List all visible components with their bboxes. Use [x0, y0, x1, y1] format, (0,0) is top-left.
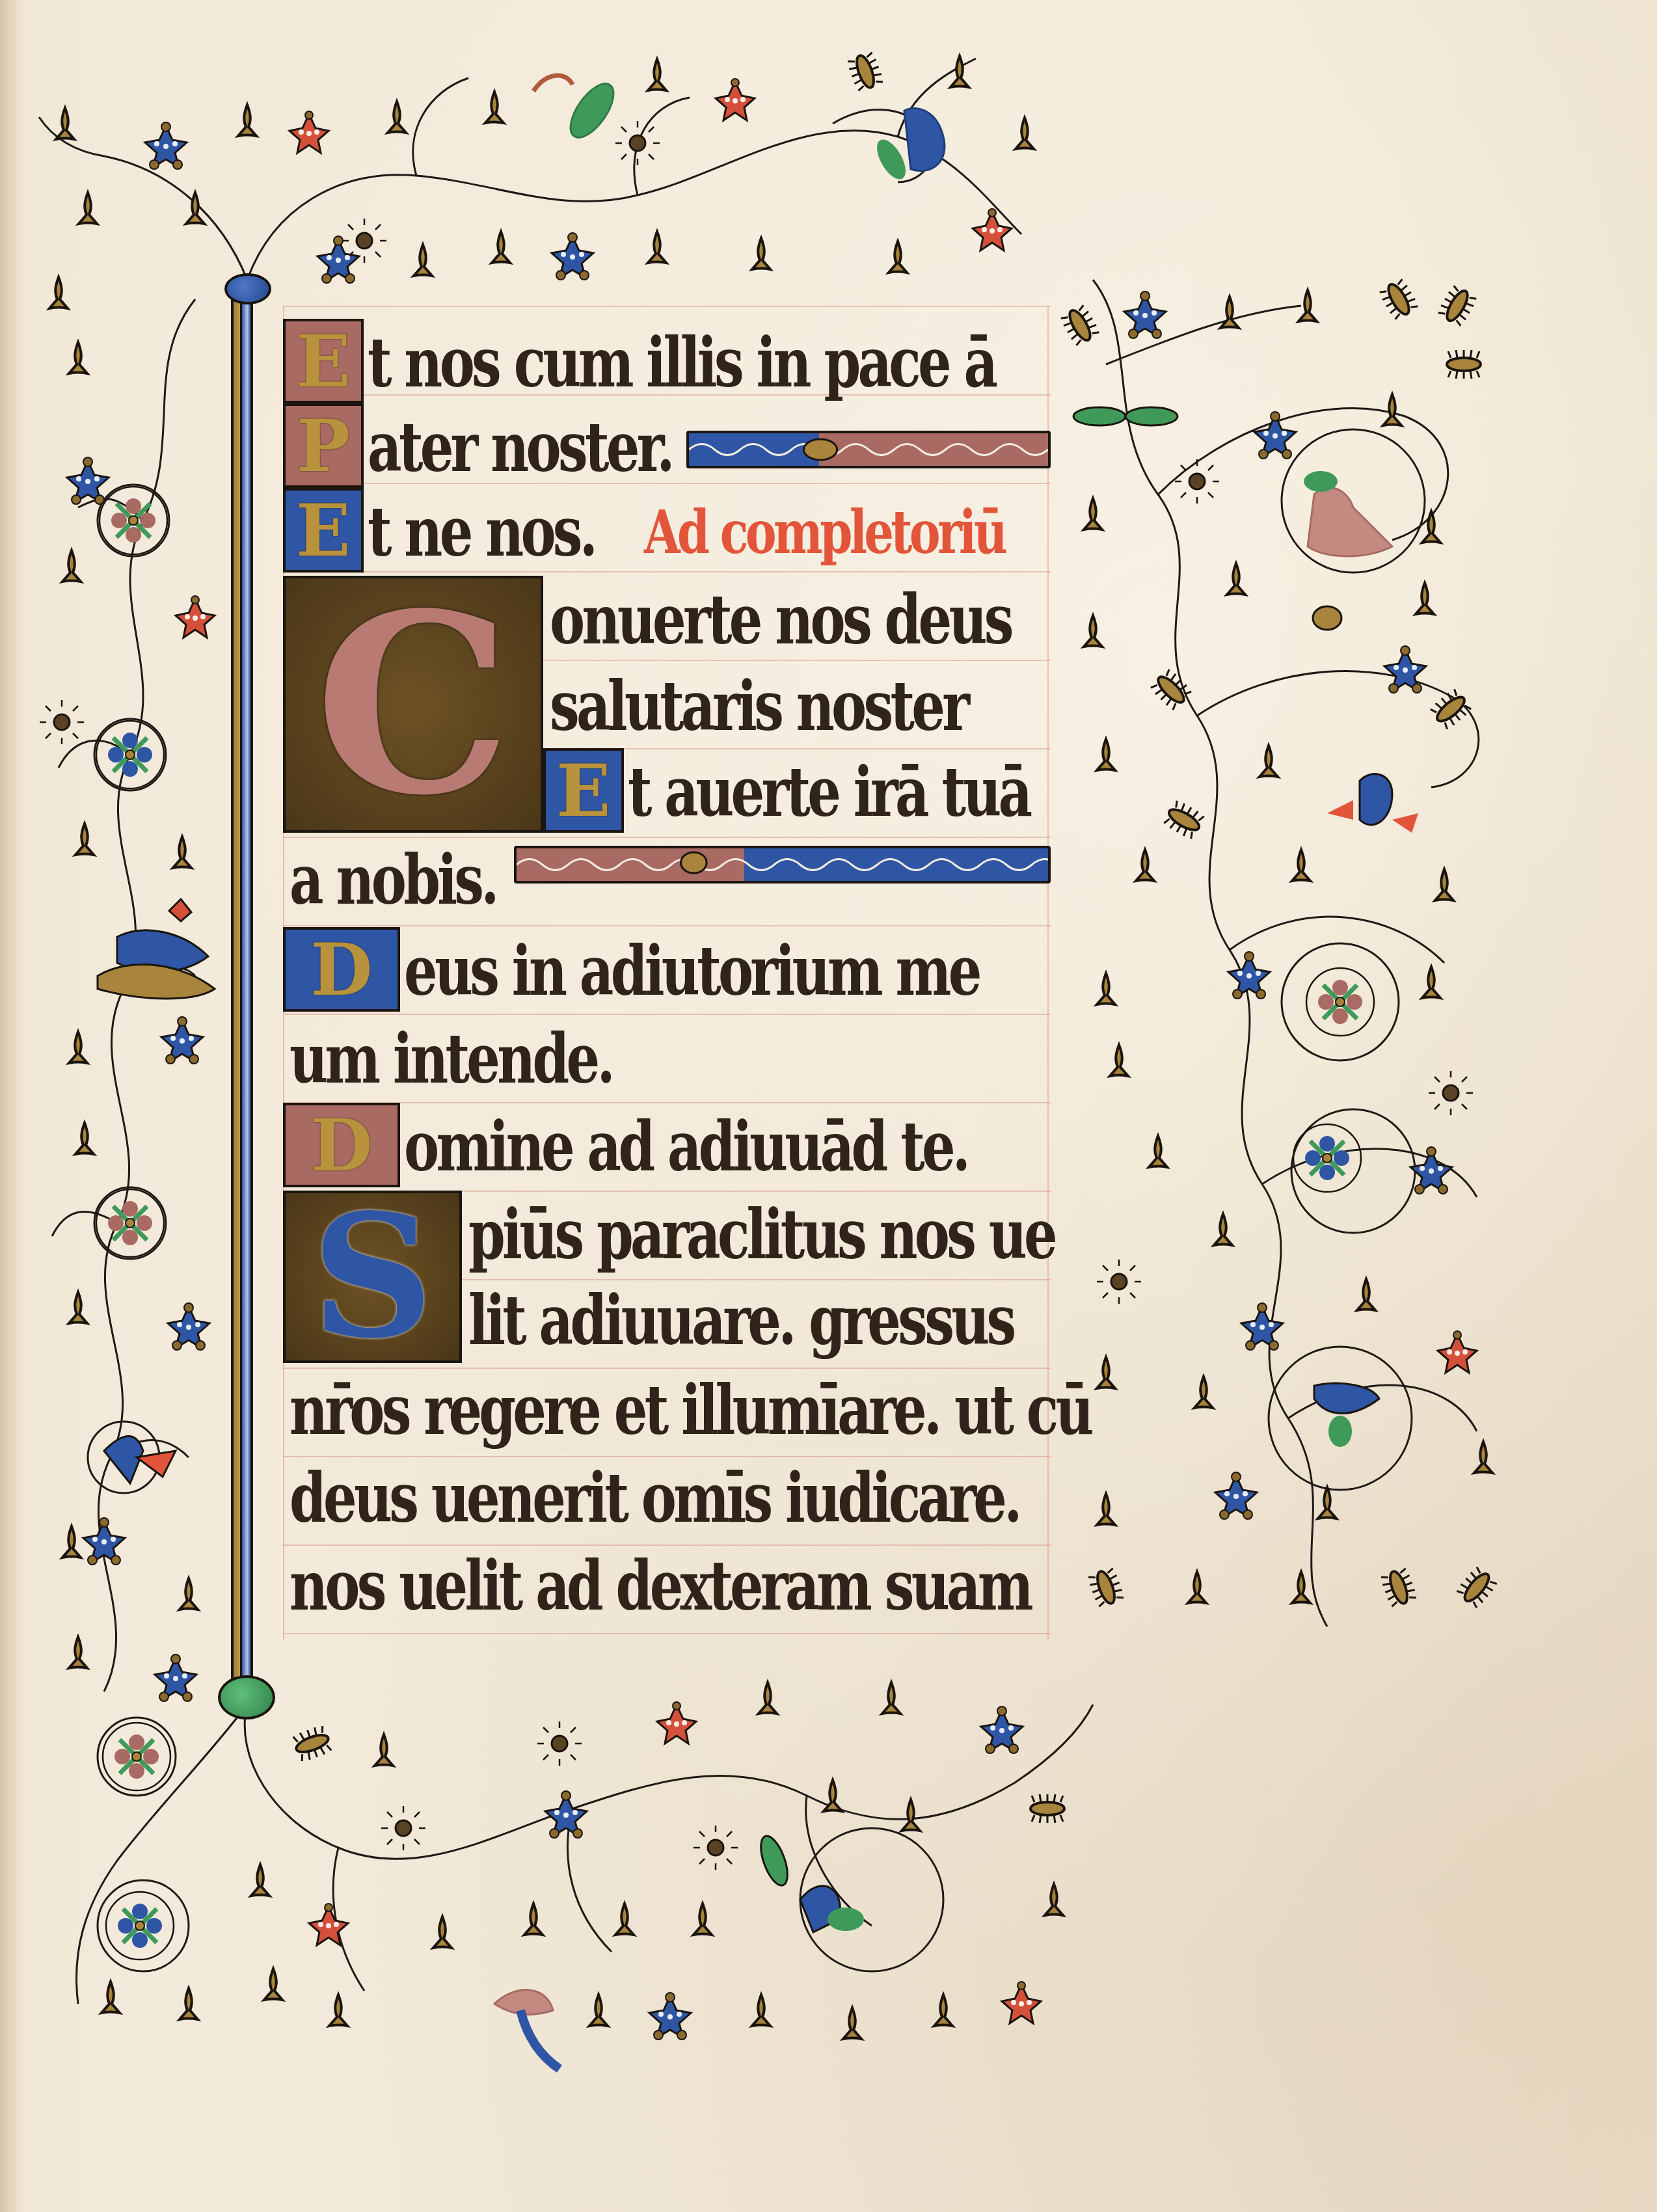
text-line-9: um intende.: [290, 1015, 612, 1103]
text-line-3: t ne nos.: [368, 488, 595, 576]
ruling-line: [283, 306, 1051, 307]
line-filler-2: [514, 846, 1051, 883]
initial-c-large: C: [283, 576, 543, 833]
text-block: E P E C E D D S t nos cum illis in pace …: [283, 306, 1051, 1639]
text-line-13: nr̄os regere et illumīare. ut cū: [290, 1366, 1091, 1455]
initial-d-1: D: [283, 927, 400, 1012]
blue-knob: [224, 273, 271, 304]
ruling-line: [283, 925, 1051, 926]
text-line-4: onuerte nos deus: [550, 576, 1011, 664]
text-line-11: piūs paraclitus nos ue: [468, 1191, 1055, 1279]
initial-e-1: E: [283, 319, 364, 403]
ruling-line: [283, 1633, 1051, 1634]
initial-p: P: [283, 403, 364, 488]
text-line-1: t nos cum illis in pace ā: [368, 319, 995, 407]
initial-e-3: E: [543, 748, 624, 833]
text-line-5: salutaris noster: [550, 662, 967, 751]
vertical-bar-border: [231, 290, 260, 1701]
text-line-7: a nobis.: [290, 836, 496, 924]
line-filler-1: [686, 431, 1051, 468]
text-line-14: deus uenerit omīs iudicare.: [290, 1454, 1019, 1543]
text-line-12: lit adiuuare. gressus: [468, 1276, 1014, 1365]
text-line-2: ater noster.: [368, 403, 672, 492]
manuscript-page: E P E C E D D S t nos cum illis in pace …: [0, 0, 1657, 2212]
text-line-8: eus in adiutorium me: [404, 927, 979, 1016]
text-line-10: omine ad adiuuād te.: [404, 1103, 967, 1191]
initial-d-2: D: [283, 1103, 400, 1187]
text-line-6: t auerte irā tuā: [628, 748, 1029, 837]
green-knob: [218, 1675, 275, 1720]
initial-s-large: S: [283, 1191, 462, 1363]
rubric-ad-completorium: Ad completoriū: [644, 488, 1004, 576]
text-line-15: nos uelit ad dexteram suam: [290, 1542, 1031, 1630]
